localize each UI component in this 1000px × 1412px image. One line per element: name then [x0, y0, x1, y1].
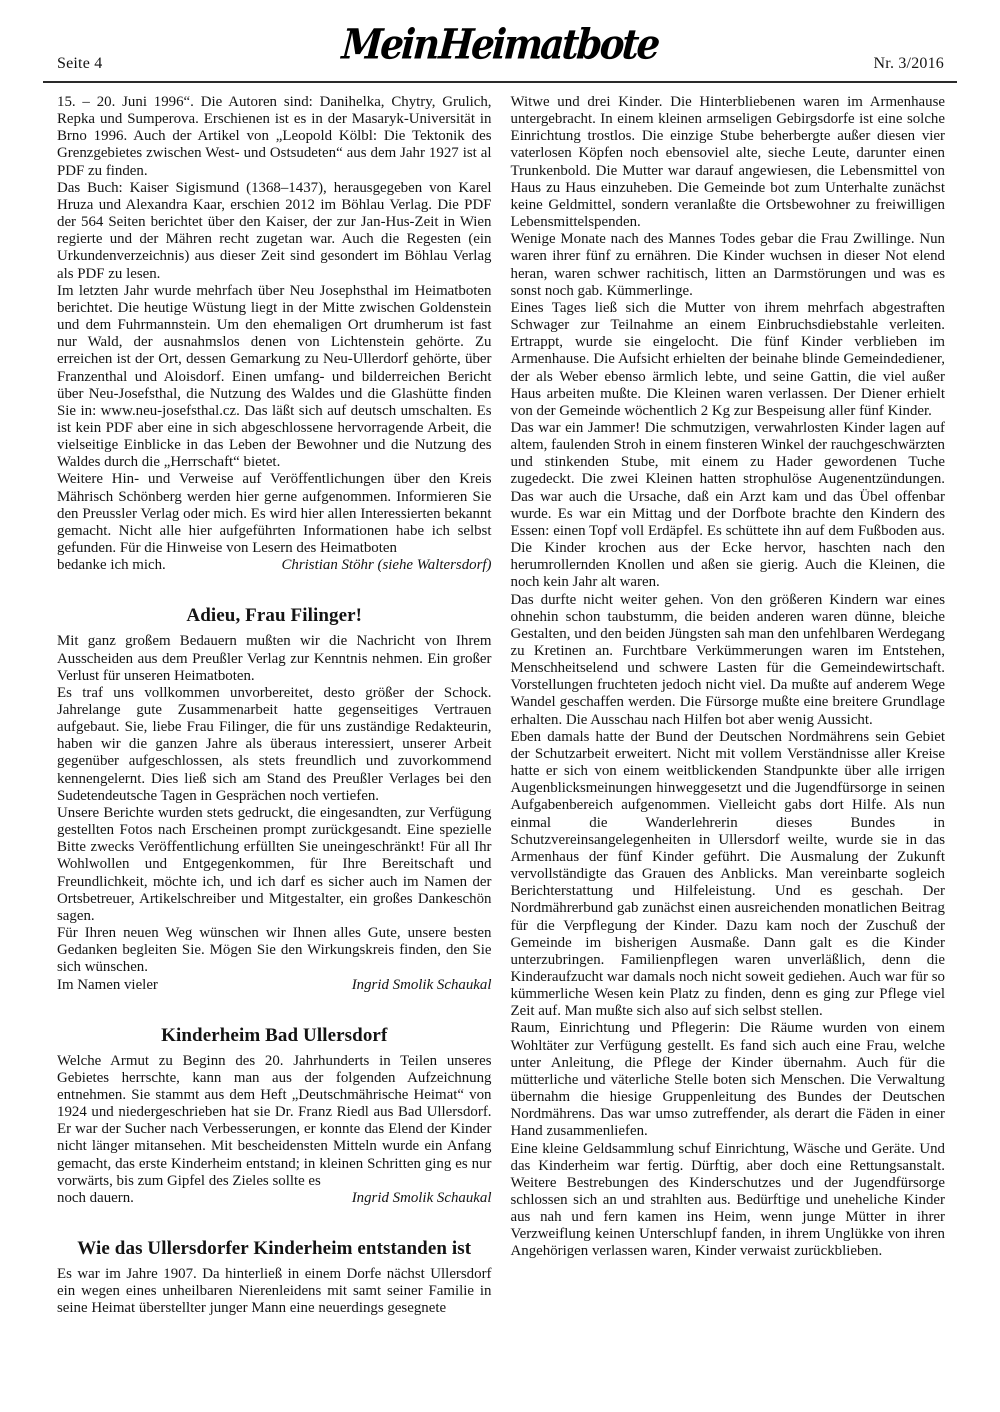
- right-column: Witwe und drei Kinder. Die Hinterblieben…: [511, 94, 946, 1318]
- paragraph: Das durfte nicht weiter gehen. Von den g…: [511, 592, 946, 729]
- paragraph: Raum, Einrichtung und Pflegerin: Die Räu…: [511, 1020, 946, 1140]
- issue-number-label: Nr. 3/2016: [874, 55, 944, 73]
- paragraph: 15. – 20. Juni 1996“. Die Autoren sind: …: [57, 94, 492, 180]
- author-signature: Christian Stöhr (siehe Waltersdorf): [282, 557, 492, 574]
- paragraph: Welche Armut zu Beginn des 20. Jahrhunde…: [57, 1053, 492, 1190]
- signature-line: noch dauern. Ingrid Smolik Schaukal: [57, 1190, 492, 1207]
- author-signature: Ingrid Smolik Schaukal: [352, 977, 492, 994]
- masthead: Mein Heimatbote: [0, 26, 1000, 63]
- paragraph: Es traf uns vollkommen unvorbereitet, de…: [57, 685, 492, 805]
- header-divider-rule: [43, 81, 957, 83]
- paragraph: Wenige Monate nach des Mannes Todes geba…: [511, 231, 946, 300]
- masthead-logo: Mein Heimatbote: [341, 24, 660, 65]
- newsletter-page: Seite 4 Mein Heimatbote Nr. 3/2016 15. –…: [0, 0, 1000, 1412]
- article-heading-wie-das-kinderheim-entstanden-ist: Wie das Ullersdorfer Kinderheim entstand…: [57, 1238, 492, 1260]
- paragraph: Witwe und drei Kinder. Die Hinterblieben…: [511, 94, 946, 231]
- paragraph: Weitere Hin- und Verweise auf Veröffentl…: [57, 471, 492, 557]
- article-heading-adieu-frau-filinger: Adieu, Frau Filinger!: [57, 605, 492, 627]
- paragraph: Eine kleine Geldsammlung schuf Einrichtu…: [511, 1141, 946, 1261]
- paragraph: Eines Tages ließ sich die Mutter von ihr…: [511, 300, 946, 420]
- signature-line-text: noch dauern.: [57, 1190, 134, 1207]
- text-columns: 15. – 20. Juni 1996“. Die Autoren sind: …: [57, 94, 945, 1318]
- paragraph: Mit ganz großem Bedauern mußten wir die …: [57, 633, 492, 684]
- paragraph: Das war ein Jammer! Die schmutzigen, ver…: [511, 420, 946, 592]
- signature-line: Im Namen vieler Ingrid Smolik Schaukal: [57, 977, 492, 994]
- author-signature: Ingrid Smolik Schaukal: [352, 1190, 492, 1207]
- paragraph: Im letzten Jahr wurde mehrfach über Neu …: [57, 283, 492, 472]
- signature-line: bedanke ich mich. Christian Stöhr (siehe…: [57, 557, 492, 574]
- paragraph: Eben damals hatte der Bund der Deutschen…: [511, 729, 946, 1021]
- left-column: 15. – 20. Juni 1996“. Die Autoren sind: …: [57, 94, 492, 1318]
- signature-line-text: Im Namen vieler: [57, 977, 158, 994]
- article-heading-kinderheim-bad-ullersdorf: Kinderheim Bad Ullersdorf: [57, 1025, 492, 1047]
- paragraph: Unsere Berichte wurden stets gedruckt, d…: [57, 805, 492, 925]
- paragraph: Das Buch: Kaiser Sigismund (1368–1437), …: [57, 180, 492, 283]
- paragraph: Für Ihren neuen Weg wünschen wir Ihnen a…: [57, 925, 492, 976]
- signature-line-text: bedanke ich mich.: [57, 557, 166, 574]
- paragraph: Es war im Jahre 1907. Da hinterließ in e…: [57, 1266, 492, 1317]
